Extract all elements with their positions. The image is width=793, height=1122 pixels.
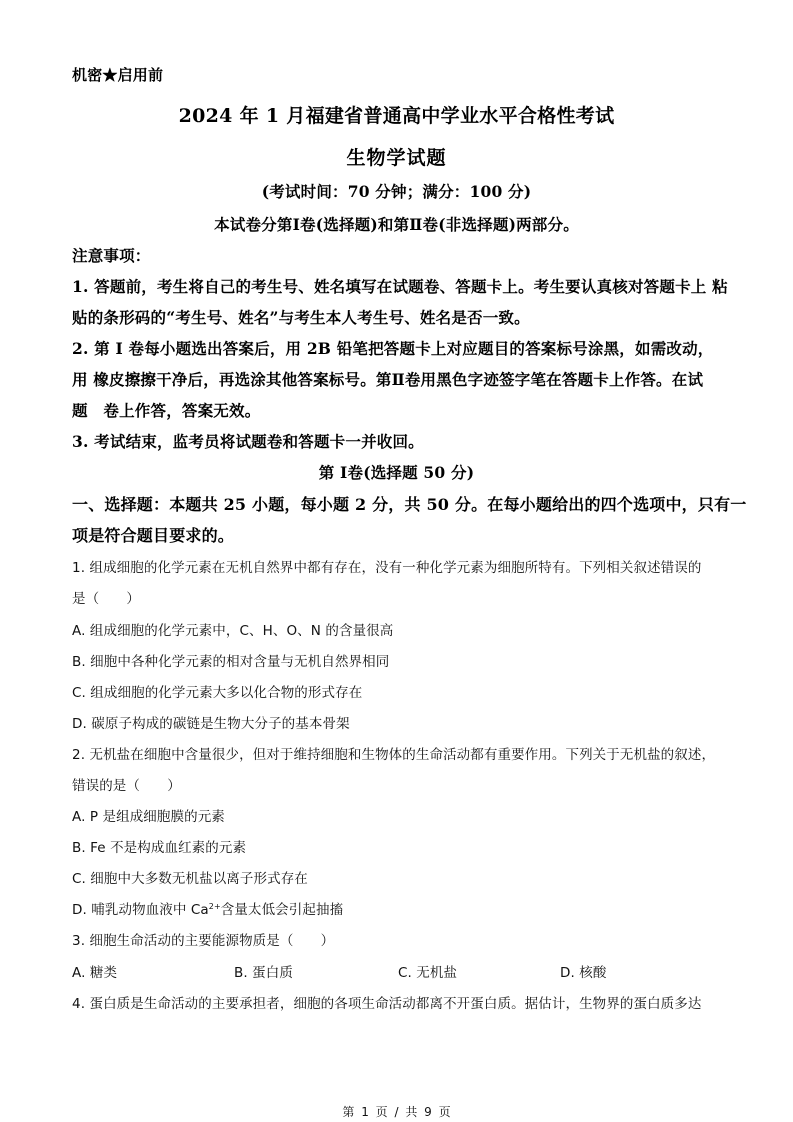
- notice-item-2-line-1: 2. 第 Ⅰ 卷每小题选出答案后，用 2B 铅笔把答题卡上对应题目的答案标号涂黑…: [72, 337, 714, 359]
- exam-subtitle: 生物学试题: [0, 143, 793, 170]
- notice-item-1-line-1: 1. 答题前，考生将自己的考生号、姓名填写在试题卷、答题卡上。考生要认真核对答题…: [72, 275, 728, 297]
- notice-heading: 注意事项：: [72, 244, 151, 266]
- question-3-option-c: C. 无机盐: [398, 961, 457, 981]
- exam-parts-info: 本试卷分第Ⅰ卷(选择题)和第Ⅱ卷(非选择题)两部分。: [0, 213, 793, 235]
- question-2-option-d-tail: 含量太低会引起抽搐: [221, 902, 343, 918]
- question-1-option-b: B. 细胞中各种化学元素的相对含量与无机自然界相同: [72, 650, 389, 670]
- question-2-stem-line-1: 2. 无机盐在细胞中含量很少，但对于维持细胞和生物体的生命活动都有重要作用。下列…: [72, 743, 715, 763]
- section-1-instruction-line-1: 一、选择题：本题共 25 小题，每小题 2 分，共 50 分。在每小题给出的四个…: [72, 492, 747, 515]
- confidential-label: 机密★启用前: [72, 64, 163, 85]
- exam-page: 机密★启用前 2024 年 1 月福建省普通高中学业水平合格性考试 生物学试题 …: [0, 0, 793, 1122]
- question-3-option-a: A. 糖类: [72, 961, 117, 981]
- question-3-stem: 3. 细胞生命活动的主要能源物质是（ ）: [72, 929, 334, 949]
- question-2-option-c: C. 细胞中大多数无机盐以离子形式存在: [72, 867, 308, 887]
- question-2-option-b: B. Fe 不是构成血红素的元素: [72, 836, 246, 856]
- question-2-option-d-superscript: 2+: [209, 902, 221, 911]
- notice-item-1-line-2: 贴的条形码的“考生号、姓名”与考生本人考生号、姓名是否一致。: [72, 306, 530, 328]
- question-1-stem-line-1: 1. 组成细胞的化学元素在无机自然界中都有存在，没有一种化学元素为细胞所特有。下…: [72, 556, 701, 576]
- question-2-option-a: A. P 是组成细胞膜的元素: [72, 805, 225, 825]
- question-2-stem-line-2: 错误的是（ ）: [72, 774, 181, 794]
- notice-item-2-line-3: 题 卷上作答，答案无效。: [72, 399, 260, 421]
- section-1-instruction-line-2: 项是符合题目要求的。: [72, 523, 234, 546]
- exam-time-info: (考试时间：70 分钟；满分：100 分): [0, 180, 793, 202]
- question-4-stem-line-1: 4. 蛋白质是生命活动的主要承担者，细胞的各项生命活动都离不开蛋白质。据估计，生…: [72, 992, 701, 1012]
- section-1-title: 第 Ⅰ卷(选择题 50 分): [0, 461, 793, 483]
- question-1-option-d: D. 碳原子构成的碳链是生物大分子的基本骨架: [72, 712, 350, 732]
- page-number-footer: 第 1 页 / 共 9 页: [0, 1103, 793, 1120]
- exam-title: 2024 年 1 月福建省普通高中学业水平合格性考试: [0, 101, 793, 128]
- question-2-option-d-head: D. 哺乳动物血液中 Ca: [72, 902, 209, 918]
- question-3-option-d: D. 核酸: [560, 961, 606, 981]
- question-3-option-b: B. 蛋白质: [234, 961, 293, 981]
- question-2-option-d: D. 哺乳动物血液中 Ca2+含量太低会引起抽搐: [72, 898, 343, 918]
- question-1-option-a: A. 组成细胞的化学元素中，C、H、O、N 的含量很高: [72, 619, 393, 639]
- question-1-option-c: C. 组成细胞的化学元素大多以化合物的形式存在: [72, 681, 362, 701]
- question-1-stem-line-2: 是（ ）: [72, 587, 140, 607]
- notice-item-3: 3. 考试结束，监考员将试题卷和答题卡一并收回。: [72, 430, 424, 452]
- notice-item-2-line-2: 用 橡皮擦擦干净后，再选涂其他答案标号。第Ⅱ卷用黑色字迹签字笔在答题卡上作答。在…: [72, 368, 703, 390]
